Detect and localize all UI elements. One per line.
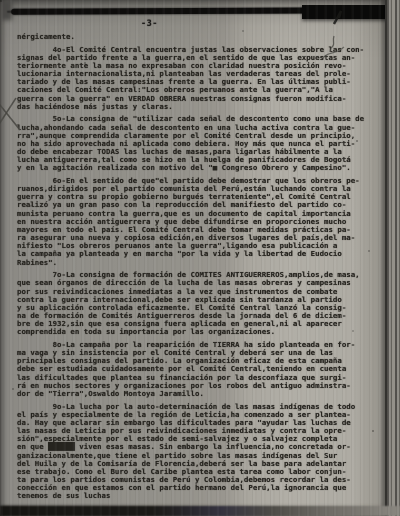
paragraph-4: 4o-El Comité Central encuentra justas la… [17, 46, 377, 111]
scanned-document-page: -3- nérgicamente. 4o-El Comité Central e… [0, 0, 400, 516]
paragraph-5: 5o-La consigna de "utilizar cada señal d… [17, 115, 377, 172]
page-number: -3- [141, 19, 158, 29]
scan-bottom-edge-bar [0, 506, 400, 516]
paragraph-7: 7o-La consigna de formación de COMITES A… [17, 271, 377, 336]
document-body: nérgicamente. 4o-El Comité Central encue… [17, 33, 377, 500]
continuation-line: nérgicamente. [17, 33, 377, 41]
scan-noise-speckles [0, 0, 2, 2]
scan-right-edge-band [385, 0, 400, 516]
paragraph-8: 8o-La campaña por la reaparición de TIER… [17, 341, 377, 398]
paragraph-9: 9o-La lucha por la auto-determinación de… [17, 403, 377, 501]
paragraph-6: 6o-En el sentido de que"el partido debe … [17, 177, 377, 267]
